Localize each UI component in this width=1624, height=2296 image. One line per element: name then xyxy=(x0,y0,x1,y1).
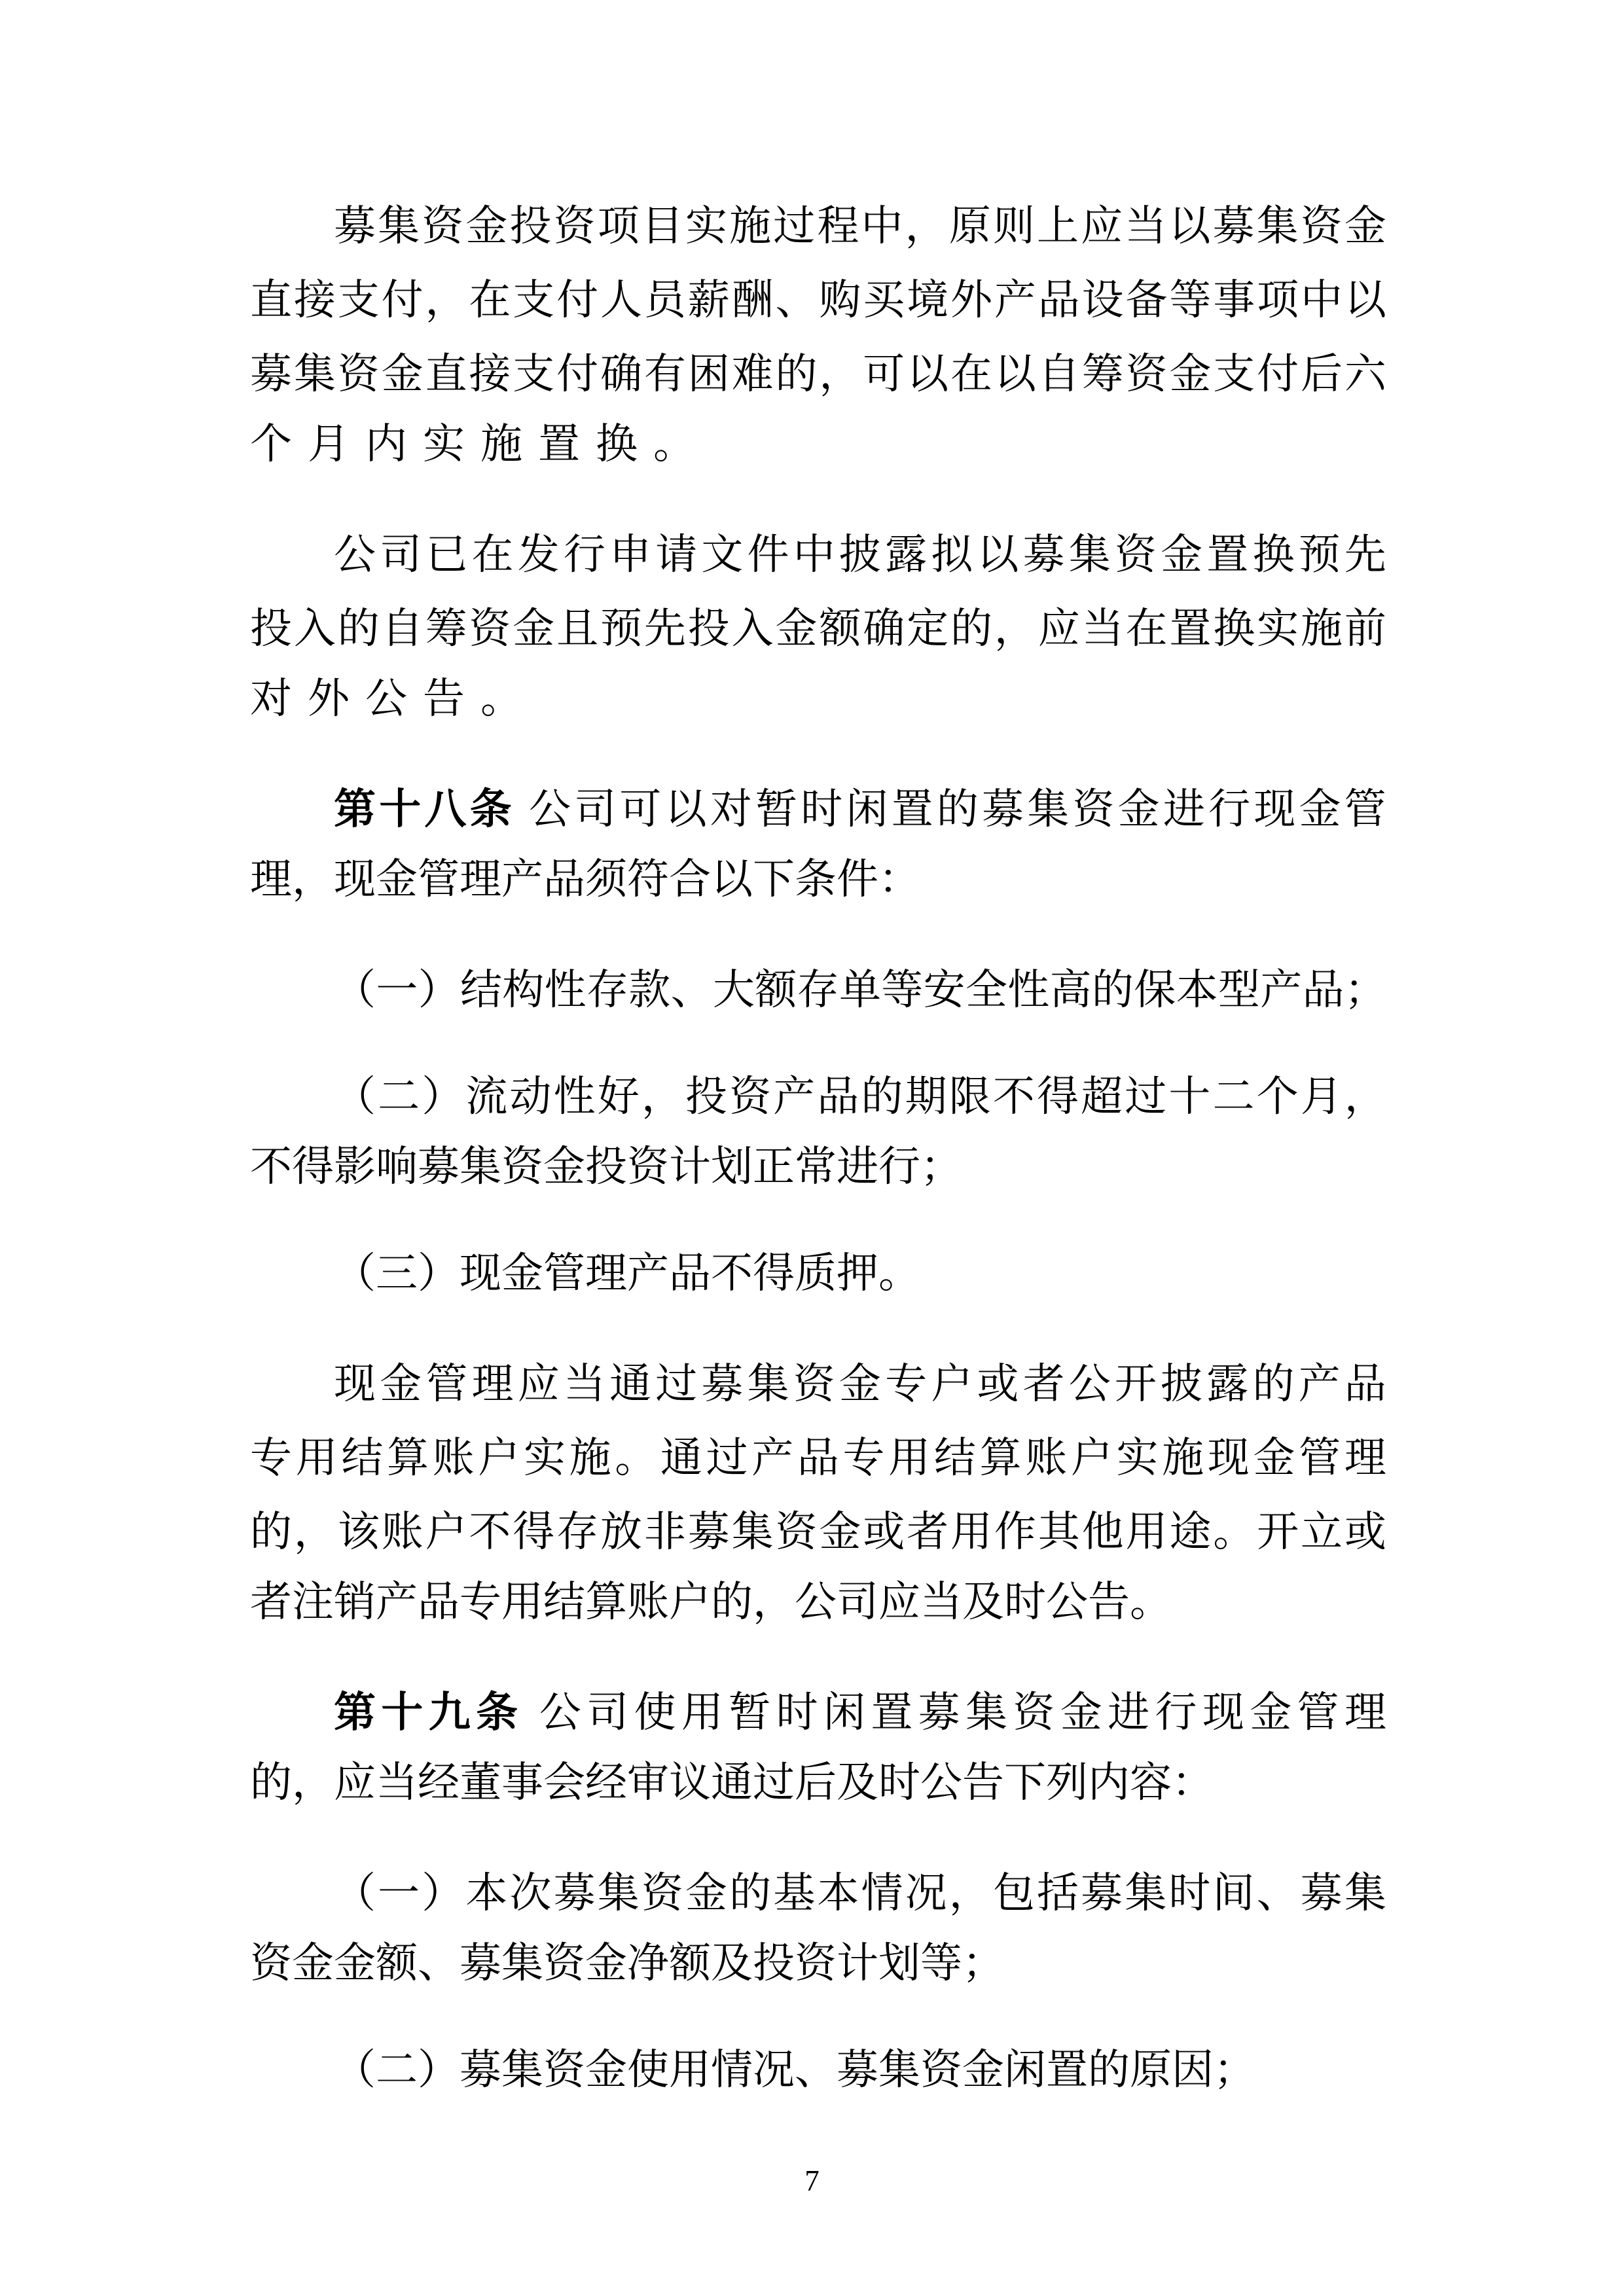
paragraph: （二）募集资金使用情况、募集资金闲置的原因； xyxy=(250,2033,1386,2107)
paragraph: 公司已在发行申请文件中披露拟以募集资金置换预先投入的自筹资金且预先投入金额确定的… xyxy=(250,514,1386,736)
paragraph: 第十九条 公司使用暂时闲置募集资金进行现金管理的，应当经董事会经审议通过后及时公… xyxy=(250,1672,1386,1820)
document-page: 募集资金投资项目实施过程中，原则上应当以募集资金直接支付，在支付人员薪酬、购买境… xyxy=(0,0,1624,2296)
text-line: 的，该账户不得存放非募集资金或者用作其他用途。开立或 xyxy=(250,1491,1386,1565)
document-body: 募集资金投资项目实施过程中，原则上应当以募集资金直接支付，在支付人员薪酬、购买境… xyxy=(250,185,1386,2140)
text-line: 专用结算账户实施。通过产品专用结算账户实施现金管理 xyxy=(250,1417,1386,1491)
text-line: 第十九条 公司使用暂时闲置募集资金进行现金管理 xyxy=(250,1672,1386,1746)
text-line: 第十八条 公司可以对暂时闲置的募集资金进行现金管 xyxy=(250,768,1386,842)
paragraph: （一）本次募集资金的基本情况，包括募集时间、募集资金金额、募集资金净额及投资计划… xyxy=(250,1852,1386,2000)
text-line: （一）本次募集资金的基本情况，包括募集时间、募集 xyxy=(250,1852,1386,1926)
paragraph: （二）流动性好，投资产品的期限不得超过十二个月，不得影响募集资金投资计划正常进行… xyxy=(250,1056,1386,1204)
text-line: （二）流动性好，投资产品的期限不得超过十二个月， xyxy=(250,1056,1386,1130)
text-line: （二）募集资金使用情况、募集资金闲置的原因； xyxy=(250,2033,1386,2107)
text-line: 个月内实施置换。 xyxy=(250,407,1386,481)
paragraph: 现金管理应当通过募集资金专户或者公开披露的产品专用结算账户实施。通过产品专用结算… xyxy=(250,1343,1386,1639)
text-line: 直接支付，在支付人员薪酬、购买境外产品设备等事项中以 xyxy=(250,259,1386,333)
text-line: 理，现金管理产品须符合以下条件： xyxy=(250,842,1386,916)
text-line: 投入的自筹资金且预先投入金额确定的，应当在置换实施前 xyxy=(250,588,1386,662)
text-line: 募集资金投资项目实施过程中，原则上应当以募集资金 xyxy=(250,185,1386,259)
paragraph: （一）结构性存款、大额存单等安全性高的保本型产品； xyxy=(250,949,1386,1023)
page-number: 7 xyxy=(0,2161,1624,2200)
text-line: 资金金额、募集资金净额及投资计划等； xyxy=(250,1926,1386,2000)
paragraph: （三）现金管理产品不得质押。 xyxy=(250,1236,1386,1310)
text-line: 募集资金直接支付确有困难的，可以在以自筹资金支付后六 xyxy=(250,333,1386,407)
paragraph: 第十八条 公司可以对暂时闲置的募集资金进行现金管理，现金管理产品须符合以下条件： xyxy=(250,768,1386,916)
text-line: 不得影响募集资金投资计划正常进行； xyxy=(250,1130,1386,1204)
text-line: 的，应当经董事会经审议通过后及时公告下列内容： xyxy=(250,1746,1386,1820)
text-line: 公司已在发行申请文件中披露拟以募集资金置换预先 xyxy=(250,514,1386,588)
text-line: （三）现金管理产品不得质押。 xyxy=(250,1236,1386,1310)
text-line: 对外公告。 xyxy=(250,662,1386,736)
text-line: 现金管理应当通过募集资金专户或者公开披露的产品 xyxy=(250,1343,1386,1417)
paragraph: 募集资金投资项目实施过程中，原则上应当以募集资金直接支付，在支付人员薪酬、购买境… xyxy=(250,185,1386,481)
text-line: 者注销产品专用结算账户的，公司应当及时公告。 xyxy=(250,1565,1386,1639)
text-line: （一）结构性存款、大额存单等安全性高的保本型产品； xyxy=(250,949,1386,1023)
